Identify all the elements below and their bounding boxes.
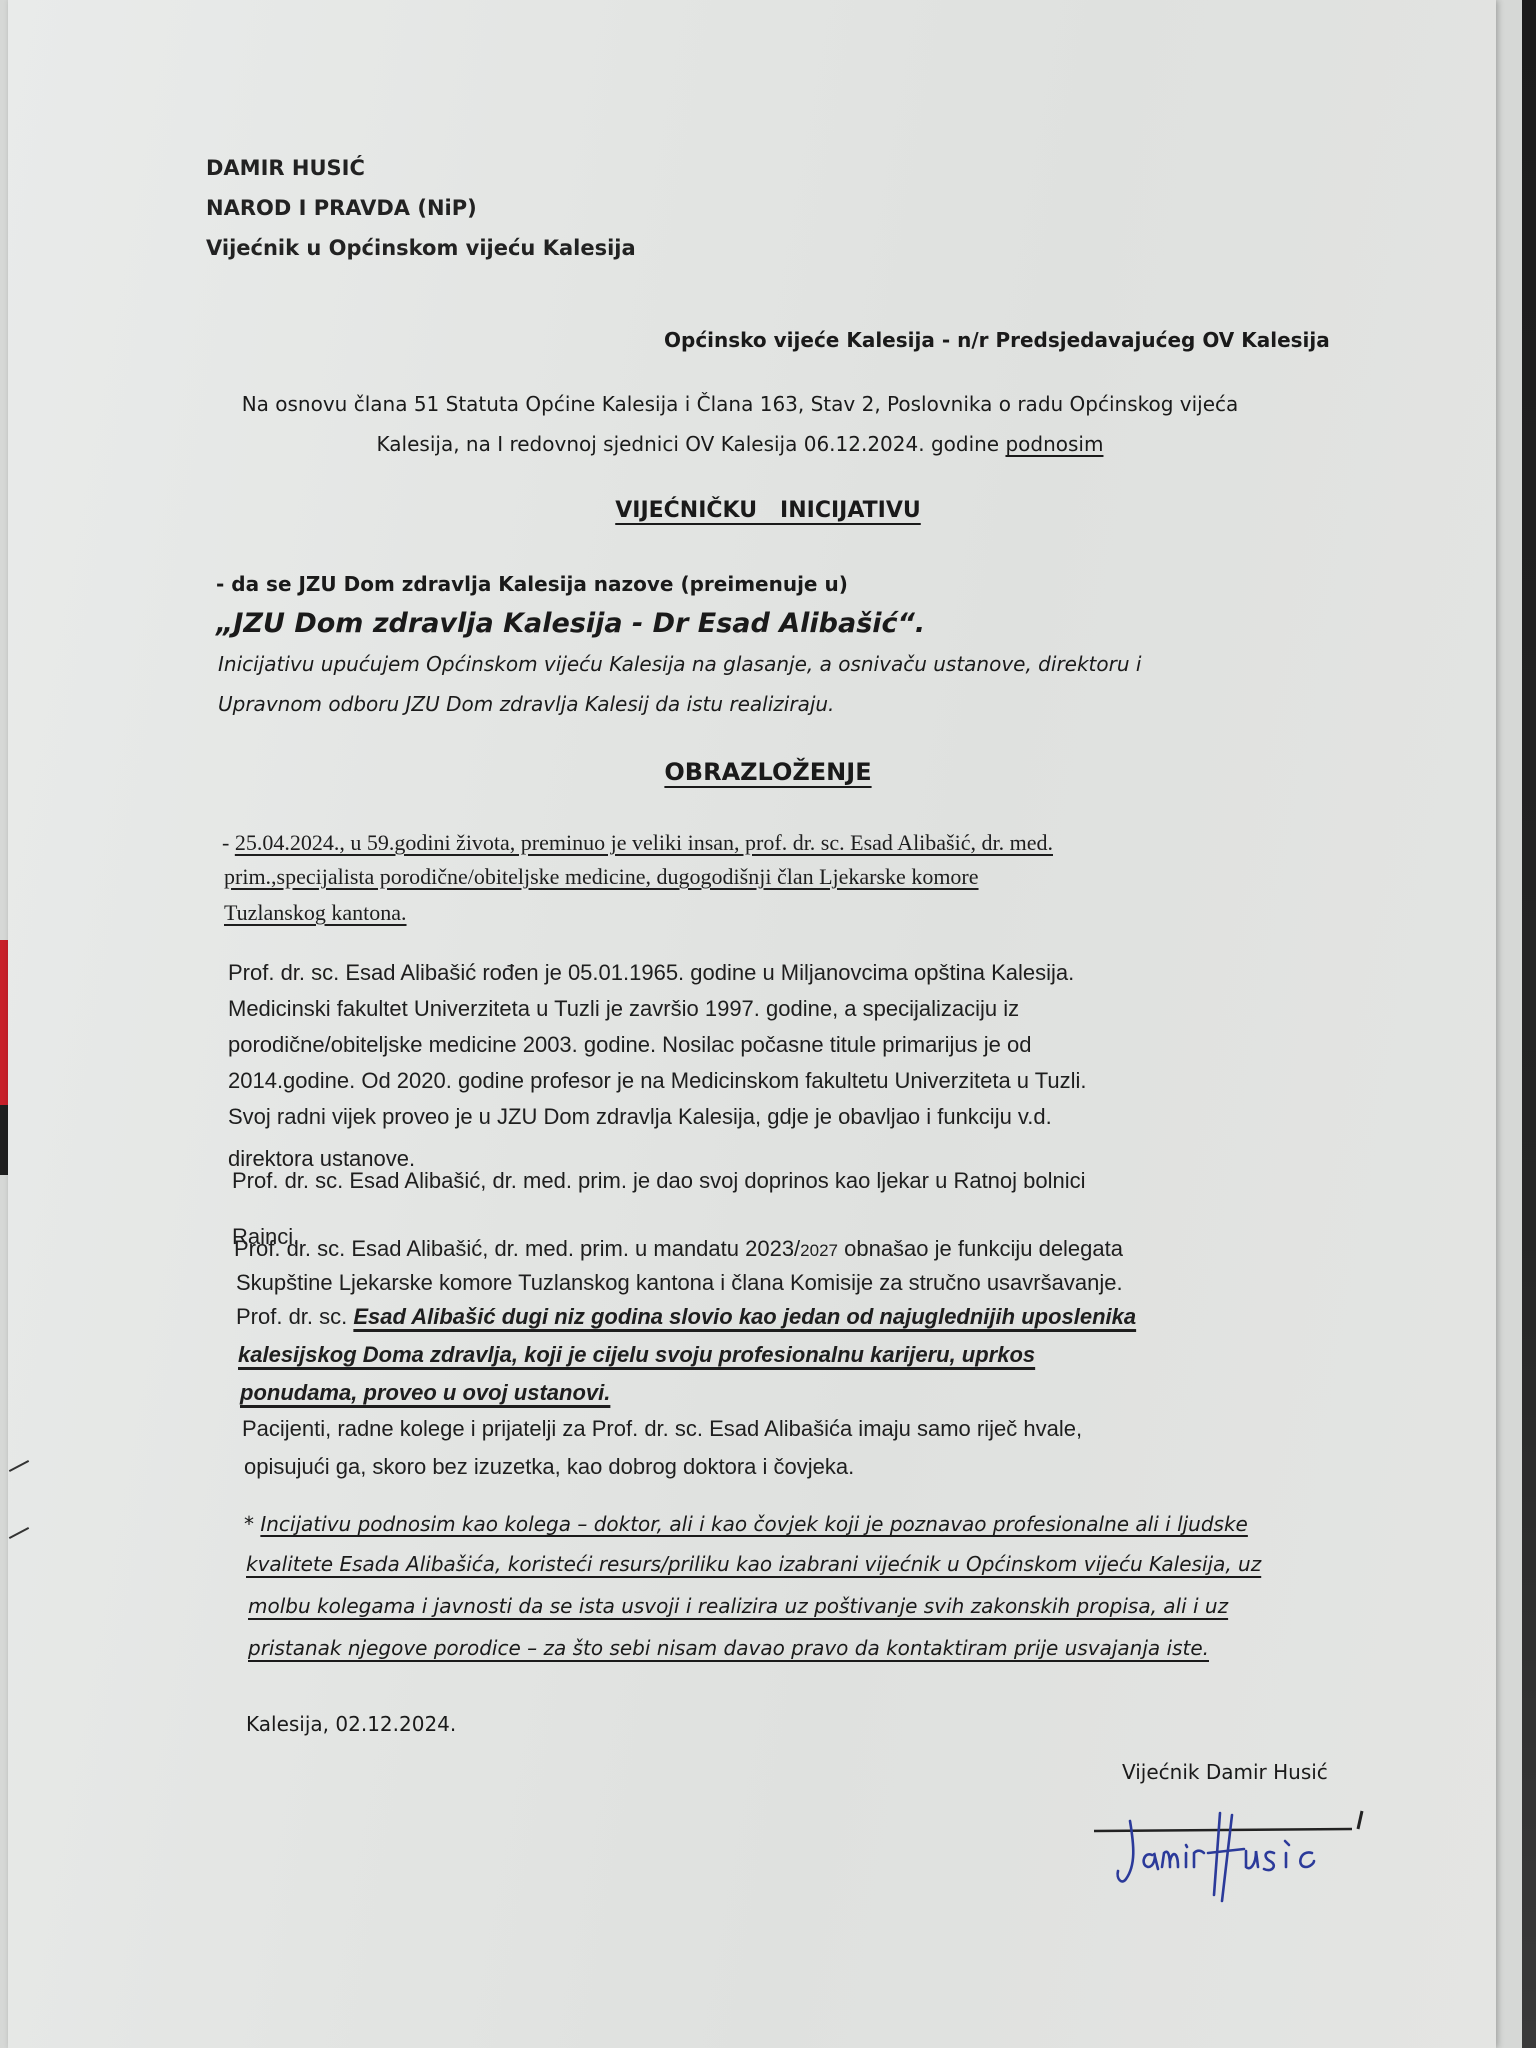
document-page (8, 0, 1496, 2048)
document-title: VIJEĆNIČKU INICIJATIVU (0, 498, 1536, 523)
author-name: DAMIR HUSIĆ (206, 156, 365, 180)
emphasis-text: Esad Alibašić dugi niz godina slovio kao… (353, 1304, 1136, 1329)
bio-line: Prof. dr. sc. Esad Alibašić rođen je 05.… (228, 960, 1074, 986)
bio-line: porodične/obiteljske medicine 2003. godi… (228, 1032, 1031, 1058)
author-party: NAROD I PRAVDA (NiP) (206, 196, 477, 220)
praise-line-2: opisujući ga, skoro bez izuzetka, kao do… (244, 1454, 854, 1480)
note-line-3: molbu kolegama i javnosti da se ista usv… (248, 1594, 1228, 1618)
obituary-line-2: prim.,specijalista porodične/obiteljske … (224, 864, 979, 890)
explanation-heading: OBRAZLOŽENJE (0, 758, 1536, 786)
note-line-4: pristanak njegove porodice – za što sebi… (248, 1636, 1209, 1660)
bio-line: 2014.godine. Od 2020. godine profesor je… (228, 1068, 1087, 1094)
place-date: Kalesija, 02.12.2024. (246, 1712, 456, 1736)
intro-underlined-word: podnosim (1005, 432, 1103, 456)
intro-text: Kalesija, na I redovnoj sjednici OV Kale… (377, 432, 1006, 456)
title-text: VIJEĆNIČKU INICIJATIVU (615, 498, 921, 523)
note-text: Incijativu podnosim kao kolega – doktor,… (260, 1512, 1248, 1536)
author-role: Vijećnik u Općinskom vijeću Kalesija (206, 236, 636, 260)
emphasis-line-3: ponudama, proveo u ovoj ustanovi. (240, 1380, 610, 1406)
skupstina-line: Skupštine Ljekarske komore Tuzlanskog ka… (236, 1270, 1123, 1296)
emphasis-prefix: Prof. dr. sc. (236, 1304, 353, 1329)
note-line-2: kvalitete Esada Alibašića, koristeći res… (246, 1552, 1261, 1576)
mandate-text: Prof. dr. sc. Esad Alibašić, dr. med. pr… (234, 1236, 800, 1261)
intro-line-1: Na osnovu člana 51 Statuta Općine Kalesi… (140, 392, 1340, 416)
addressed-line-1: Inicijativu upućujem Općinskom vijeću Ka… (218, 652, 1141, 676)
proposal-line: - da se JZU Dom zdravlja Kalesija nazove… (216, 572, 848, 596)
bio-line: Prof. dr. sc. Esad Alibašić, dr. med. pr… (232, 1168, 1086, 1194)
obituary-line-1: - 25.04.2024., u 59.godini života, premi… (222, 830, 1053, 856)
margin-mark (9, 1527, 29, 1539)
asterisk: * (244, 1512, 260, 1536)
margin-mark (9, 1460, 29, 1472)
mandate-line: Prof. dr. sc. Esad Alibašić, dr. med. pr… (234, 1236, 1123, 1262)
signature-icon (1090, 1805, 1380, 1915)
emphasis-line-2: kalesijskog Doma zdravlja, koji je cijel… (238, 1342, 1035, 1368)
obituary-line-3: Tuzlanskog kantona. (224, 900, 407, 926)
proposed-name: „JZU Dom zdravlja Kalesija - Dr Esad Ali… (216, 608, 925, 639)
emphasis-line-1: Prof. dr. sc. Esad Alibašić dugi niz god… (236, 1304, 1136, 1330)
bio-line: Svoj radni vijek proveo je u JZU Dom zdr… (228, 1104, 1052, 1130)
explanation-heading-text: OBRAZLOŽENJE (664, 758, 871, 786)
mandate-year: 2027 (800, 1241, 838, 1260)
recipient-line: Općinsko vijeće Kalesija - n/r Predsjeda… (664, 328, 1330, 352)
signer-name: Vijećnik Damir Husić (1122, 1760, 1328, 1784)
obituary-text: 25.04.2024., u 59.godini života, preminu… (235, 830, 1053, 855)
intro-line-2: Kalesija, na I redovnoj sjednici OV Kale… (140, 432, 1340, 456)
bio-line: Medicinski fakultet Univerziteta u Tuzli… (228, 996, 1019, 1022)
background-dark-edge (1522, 0, 1536, 2048)
addressed-line-2: Upravnom odboru JZU Dom zdravlja Kalesij… (218, 692, 834, 716)
praise-line-1: Pacijenti, radne kolege i prijatelji za … (242, 1416, 1082, 1442)
mandate-text-end: obnašao je funkciju delegata (838, 1236, 1123, 1261)
dash: - (222, 830, 235, 855)
note-line-1: * Incijativu podnosim kao kolega – dokto… (244, 1512, 1248, 1536)
